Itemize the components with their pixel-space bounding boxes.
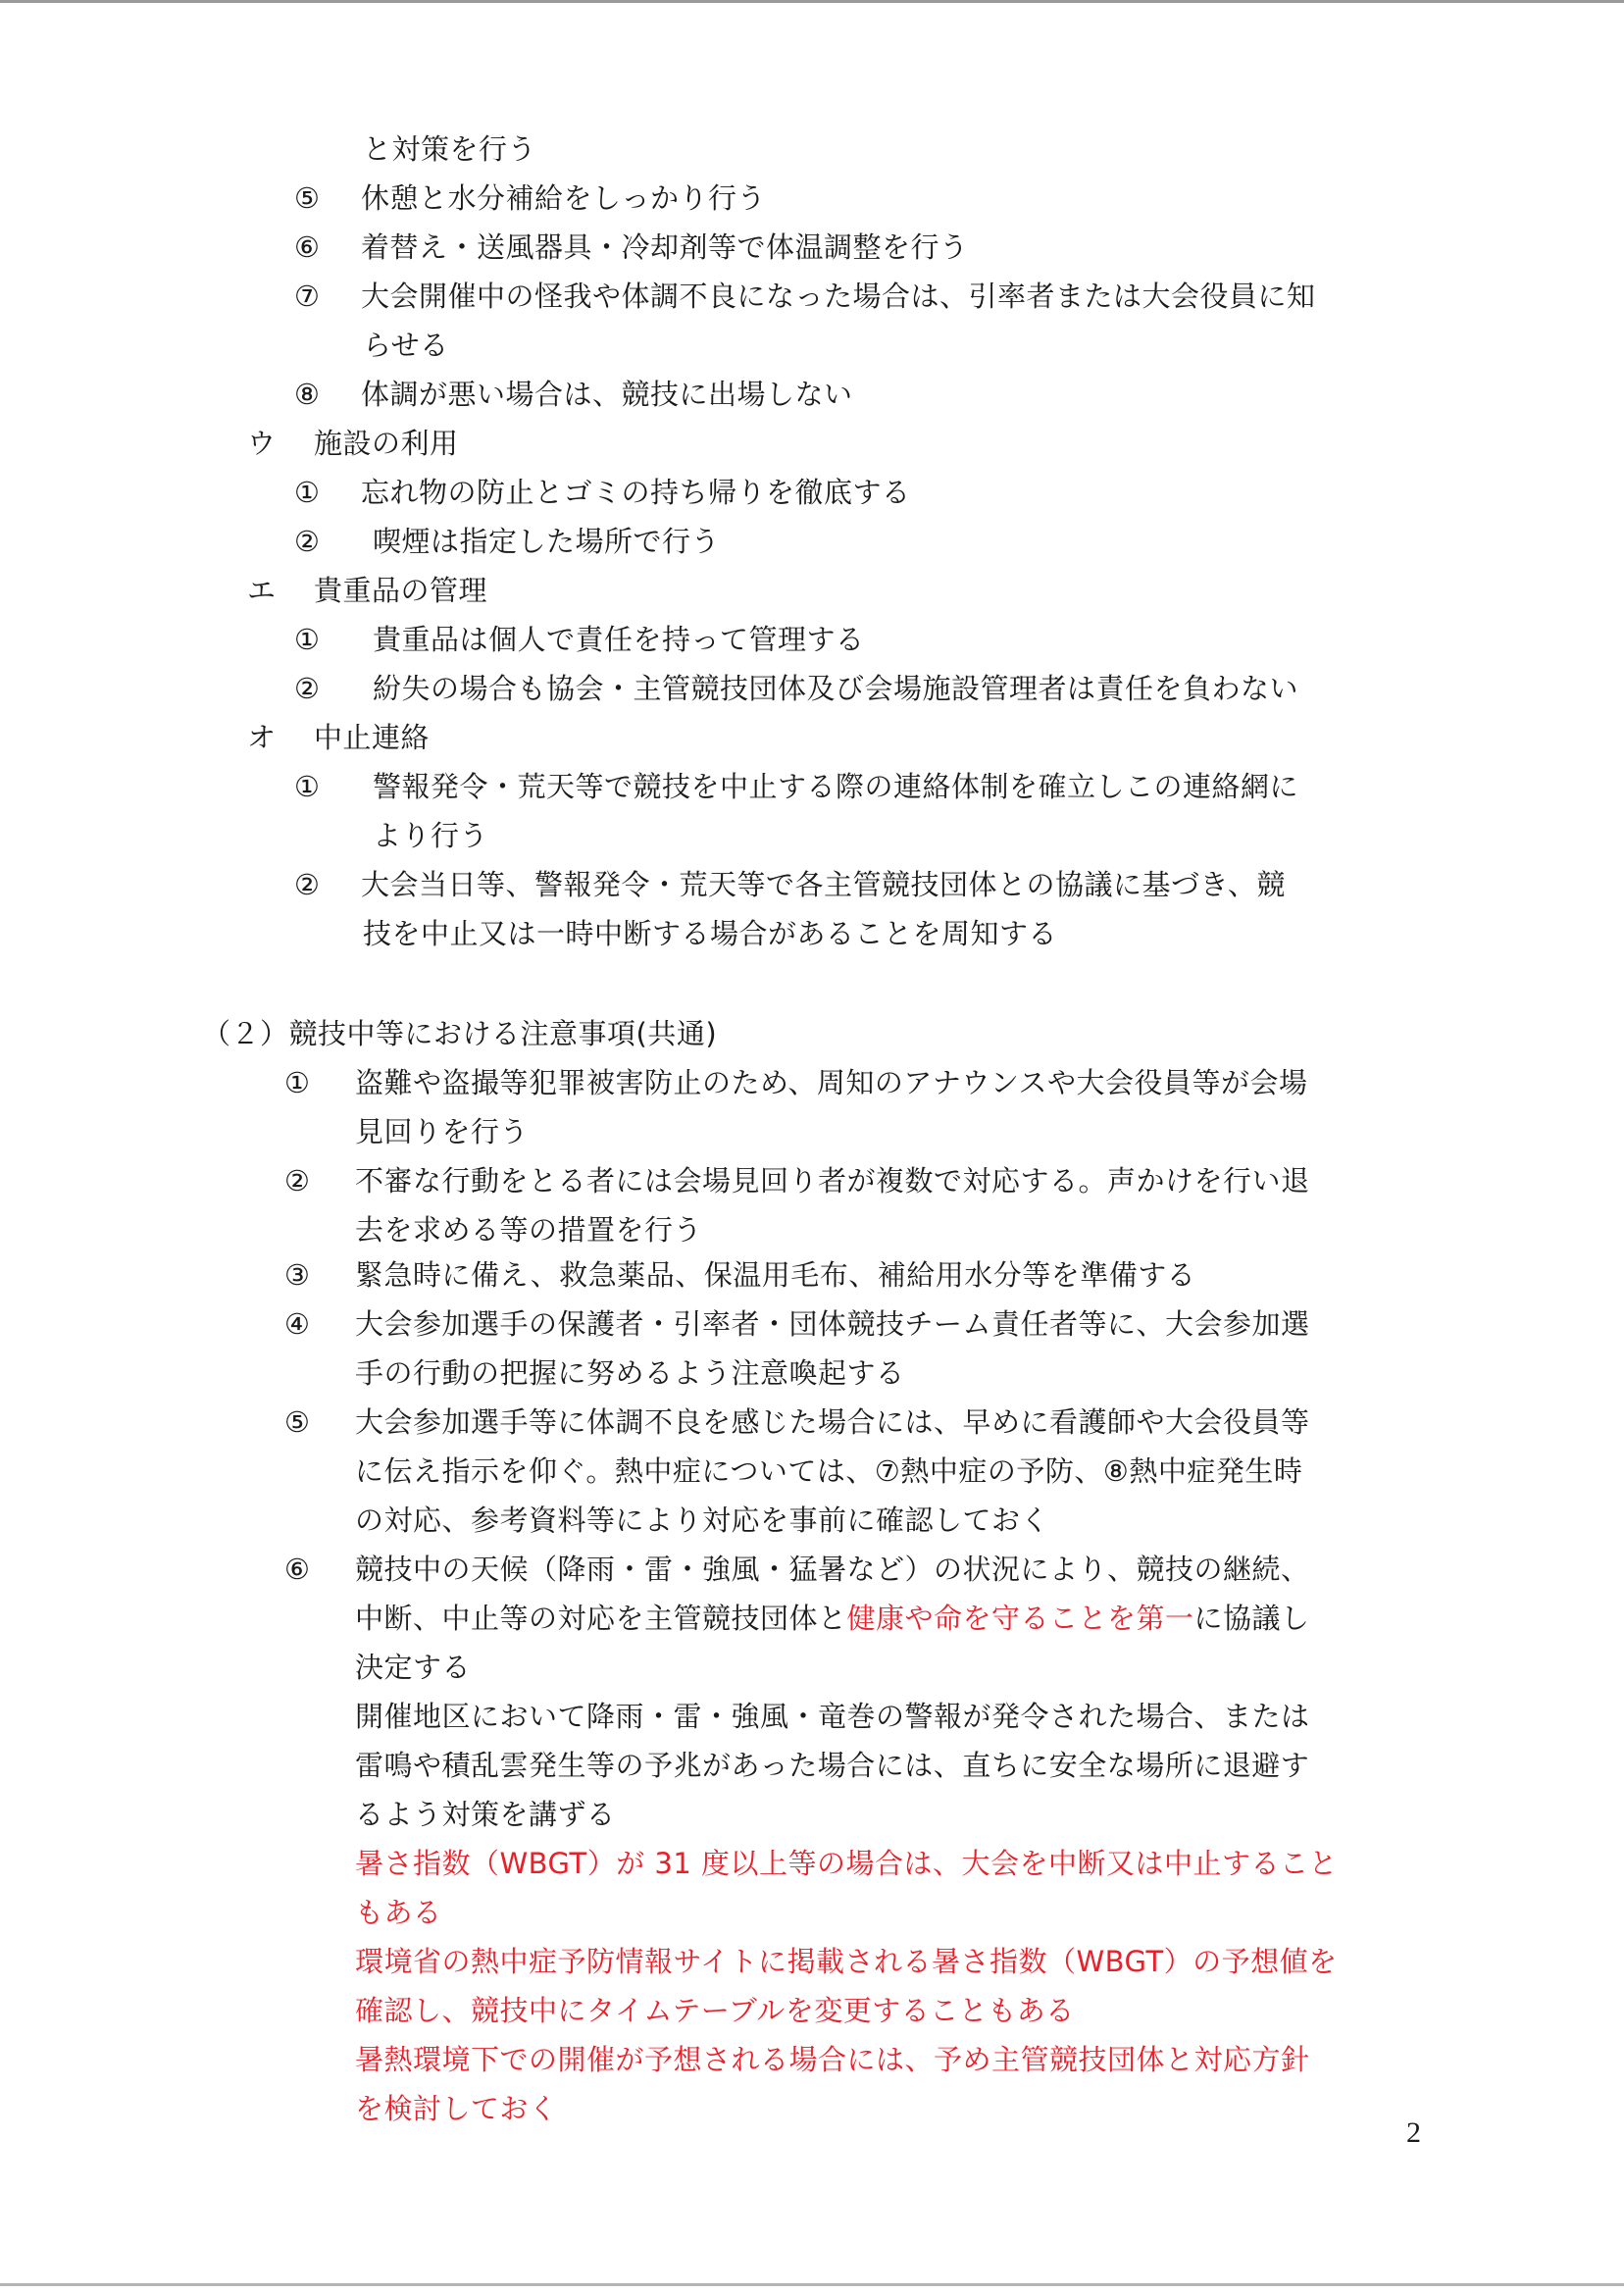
item-marker: ④ bbox=[284, 1306, 310, 1342]
subsection-title: 中止連絡 bbox=[314, 720, 430, 755]
red-note-line: もある bbox=[355, 1895, 442, 1930]
paragraph-line: るよう対策を講ずる bbox=[355, 1797, 616, 1832]
item-marker: ⑧ bbox=[294, 377, 320, 412]
item-text-cont: 決定する bbox=[355, 1650, 471, 1685]
item-text-cont: の対応、参考資料等により対応を事前に確認しておく bbox=[355, 1503, 1049, 1538]
red-note-line: を検討しておく bbox=[355, 2091, 558, 2126]
item-marker: ② bbox=[294, 671, 320, 706]
item-text: 盗難や盗撮等犯罪被害防止のため、周知のアナウンスや大会役員等が会場 bbox=[355, 1065, 1307, 1100]
item-text: 喫煙は指定した場所で行う bbox=[373, 524, 720, 559]
item-text-cont: 去を求める等の措置を行う bbox=[355, 1212, 702, 1248]
subsection-marker: オ bbox=[247, 720, 276, 755]
highlight-text: 健康や命を守ることを第一 bbox=[847, 1602, 1194, 1635]
item-marker: ⑤ bbox=[294, 180, 320, 216]
paragraph-line: 開催地区において降雨・雷・強風・竜巻の警報が発令された場合、または bbox=[355, 1699, 1310, 1734]
item-marker: ① bbox=[294, 622, 320, 657]
item-text: 忘れ物の防止とゴミの持ち帰りを徹底する bbox=[361, 475, 911, 510]
item-marker: ⑥ bbox=[294, 229, 320, 265]
paragraph-line: 雷鳴や積乱雲発生等の予兆があった場合には、直ちに安全な場所に退避す bbox=[355, 1748, 1309, 1783]
plain-text: 中断、中止等の対応を主管競技団体と bbox=[355, 1602, 847, 1635]
item-text: 大会開催中の怪我や体調不良になった場合は、引率者または大会役員に知 bbox=[361, 279, 1316, 314]
item-text-cont: らせる bbox=[363, 328, 449, 363]
item-marker: ② bbox=[284, 1163, 310, 1198]
item-marker: ② bbox=[294, 524, 320, 559]
item-text-cont: より行う bbox=[373, 818, 488, 853]
item-text: 体調が悪い場合は、競技に出場しない bbox=[361, 377, 853, 412]
item-marker: ② bbox=[294, 867, 320, 902]
item-marker: ⑦ bbox=[294, 279, 320, 314]
item-text: 緊急時に備え、救急薬品、保温用毛布、補給用水分等を準備する bbox=[355, 1257, 1195, 1293]
item-text-cont: 手の行動の把握に努めるよう注意喚起する bbox=[355, 1355, 905, 1391]
red-note-line: 確認し、競技中にタイムテーブルを変更することもある bbox=[355, 1993, 1075, 2028]
subsection-marker: エ bbox=[247, 573, 276, 608]
item-text: 大会参加選手の保護者・引率者・団体競技チーム責任者等に、大会参加選 bbox=[355, 1306, 1310, 1342]
red-note-line: 環境省の熱中症予防情報サイトに掲載される暑さ指数（WBGT）の予想値を bbox=[355, 1944, 1338, 1979]
item-text-cont: に伝え指示を仰ぐ。熱中症については、⑦熱中症の予防、⑧熱中症発生時 bbox=[355, 1453, 1302, 1489]
item-marker: ① bbox=[294, 769, 320, 804]
scan-bottom-edge bbox=[0, 2283, 1624, 2286]
item-text-cont: 技を中止又は一時中断する場合があることを周知する bbox=[363, 916, 1057, 951]
item-text: 大会当日等、警報発令・荒天等で各主管競技団体との協議に基づき、競 bbox=[361, 867, 1286, 902]
item-text: 貴重品は個人で責任を持って管理する bbox=[373, 622, 865, 657]
item-marker: ⑤ bbox=[284, 1404, 310, 1440]
section-heading: （２）競技中等における注意事項(共通) bbox=[202, 1016, 717, 1051]
item-text: 警報発令・荒天等で競技を中止する際の連絡体制を確立しこの連絡網に bbox=[373, 769, 1298, 804]
red-note-line: 暑熱環境下での開催が予想される場合には、予め主管競技団体と対応方針 bbox=[355, 2042, 1310, 2077]
item-text: 休憩と水分補給をしっかり行う bbox=[361, 180, 766, 216]
item-text: 競技中の天候（降雨・雷・強風・猛暑など）の状況により、競技の継続、 bbox=[355, 1552, 1310, 1587]
item-marker: ① bbox=[294, 475, 320, 510]
item-text-cont: 中断、中止等の対応を主管競技団体と健康や命を守ることを第一に協議し bbox=[355, 1601, 1310, 1636]
item-marker: ③ bbox=[284, 1257, 310, 1293]
item-text-cont: 見回りを行う bbox=[355, 1114, 529, 1149]
page-number: 2 bbox=[1406, 2116, 1421, 2150]
carry-line: と対策を行う bbox=[363, 131, 536, 167]
red-note-line: 暑さ指数（WBGT）が 31 度以上等の場合は、大会を中断又は中止すること bbox=[355, 1846, 1338, 1881]
item-text: 不審な行動をとる者には会場見回り者が複数で対応する。声かけを行い退 bbox=[355, 1163, 1310, 1198]
subsection-marker: ウ bbox=[247, 426, 276, 461]
item-marker: ⑥ bbox=[284, 1552, 310, 1587]
item-text: 大会参加選手等に体調不良を感じた場合には、早めに看護師や大会役員等 bbox=[355, 1404, 1310, 1440]
item-text: 紛失の場合も協会・主管競技団体及び会場施設管理者は責任を負わない bbox=[373, 671, 1298, 706]
subsection-title: 貴重品の管理 bbox=[314, 573, 487, 608]
scan-top-edge bbox=[0, 0, 1624, 3]
item-text: 着替え・送風器具・冷却剤等で体温調整を行う bbox=[361, 229, 969, 265]
subsection-title: 施設の利用 bbox=[314, 426, 459, 461]
item-marker: ① bbox=[284, 1065, 310, 1100]
plain-text: に協議し bbox=[1194, 1602, 1310, 1635]
